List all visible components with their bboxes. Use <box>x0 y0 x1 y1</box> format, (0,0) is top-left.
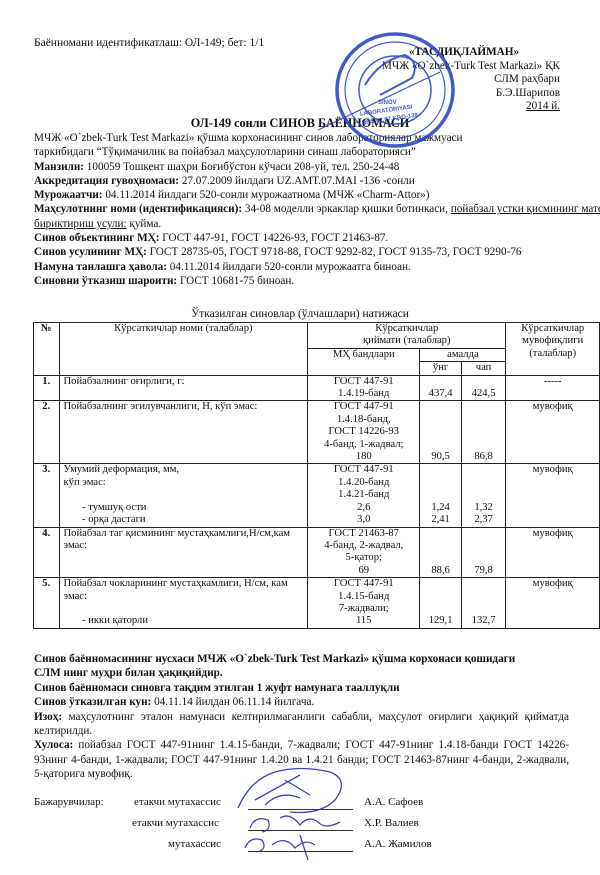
signature-line-2 <box>248 830 353 831</box>
indicator-name-text: Пойабзал таг қисмининг мустаҳкамлиги,Н/с… <box>64 528 290 551</box>
sampling-label: Намуна танлашга ҳавола: <box>34 261 167 273</box>
sub-standard-value: 3,0 <box>357 514 370 525</box>
notes-section: Синов баённомасининг нусхаси МЧЖ «O`zbek… <box>34 652 569 782</box>
standard-line: 1.4.15-банд <box>338 591 389 602</box>
header-left: чап <box>461 362 506 375</box>
indicator-name-text-2: кўп эмас: <box>64 477 106 488</box>
approval-heading: «ТАСДИҚЛАЙМАН» <box>330 46 560 60</box>
organization-line-2: таркибидаги “Тўқимачилик ва пойабзал маҳ… <box>34 145 569 159</box>
copy-validity-line-1: Синов баённомасининг нусхаси МЧЖ «O`zbek… <box>34 652 569 666</box>
standard-clauses: ГОСТ 447-911.4.18-банд,ГОСТ 14226-934-ба… <box>308 401 420 464</box>
method-std-label: Синов усулининг МҲ: <box>34 246 147 258</box>
approval-year: 2014 й. <box>330 100 560 114</box>
standard-line: 5-қатор; <box>346 552 382 563</box>
standard-line: ГОСТ 447-91 <box>334 401 394 412</box>
actual-right: 90,5 <box>420 401 461 464</box>
standard-line: 180 <box>356 451 372 462</box>
table-row: 3.Умумий деформация, мм,кўп эмас: - тумш… <box>34 464 600 527</box>
actual-left: 132,7 <box>461 578 506 629</box>
header-actual: амалда <box>420 348 506 361</box>
standard-line: ГОСТ 447-91 <box>334 376 394 387</box>
indicator-name-text: Пойабзалнинг эгилувчанлиги, Н, кўп эмас: <box>64 401 258 412</box>
signer-2-name: Х.Р. Валиев <box>364 817 419 829</box>
conclusion: Хулоса: пойабзал ГОСТ 447-91нинг 1.4.15-… <box>34 738 569 781</box>
standard-line: 1.4.19-банд <box>338 388 389 399</box>
standard-clauses: ГОСТ 447-911.4.19-банд <box>308 375 420 401</box>
upper-material-label: пойабзал устки қисмининг материали: <box>451 203 600 215</box>
signer-2-role: етакчи мутахассис <box>132 817 219 829</box>
standard-clauses: ГОСТ 447-911.4.15-банд7-жадвали;115 <box>308 578 420 629</box>
row-number: 4. <box>34 527 60 578</box>
indicator-name-text: Умумий деформация, мм, <box>64 464 180 475</box>
table-row: 4.Пойабзал таг қисмининг мустаҳкамлиги,Н… <box>34 527 600 578</box>
product-label: Маҳсулотнинг номи (идентификацияси): <box>34 203 242 215</box>
address-value: 100059 Тошкент шаҳри Боғибўстон кўчаси 2… <box>84 161 399 173</box>
object-std-label: Синов объектининг МҲ: <box>34 232 160 244</box>
conclusion-value: пойабзал ГОСТ 447-91нинг 1.4.15-банди, 7… <box>34 739 569 780</box>
applicant-value: 04.11.2014 йилдаги 520-сонли мурожаатном… <box>103 189 430 201</box>
sample-scope: Синов баённомаси синовга тақдим этилган … <box>34 681 569 695</box>
organization-line-1: МЧЖ «O`zbek-Turk Test Markazi» қўшма кор… <box>34 131 569 145</box>
actual-left: 86,8 <box>461 401 506 464</box>
header-conformity: Кўрсаткичлар мувофиқлиги (талаблар) <box>506 323 600 376</box>
standard-line: 1.4.18-банд, <box>337 414 391 425</box>
actual-right: 437,4 <box>420 375 461 401</box>
joining-method: бириктириш усули: қуйма. <box>34 217 569 231</box>
indicator-name: Пойабзал таг қисмининг мустаҳкамлиги,Н/с… <box>59 527 308 578</box>
signature-line-3 <box>248 851 353 852</box>
signer-1-name: А.А. Сафоев <box>364 796 423 808</box>
results-table-body: 1.Пойабзалнинг оғирлиги, г:ГОСТ 447-911.… <box>34 375 600 628</box>
conditions-value: ГОСТ 10681-75 биноан. <box>177 275 294 287</box>
accreditation-value: 27.07.2009 йилдаги UZ.AMT.07.MAI -136 -с… <box>179 175 415 187</box>
approval-person: Б.Э.Шарипов <box>330 87 560 101</box>
sub-indicator: - тумшуқ ости <box>64 502 147 513</box>
indicator-name: Пойабзалнинг эгилувчанлиги, Н, кўп эмас: <box>59 401 308 464</box>
conformity: мувофиқ <box>506 578 600 629</box>
document-title: ОЛ-149 сонли СИНОВ БАЁННОМАСИ <box>0 116 600 131</box>
conformity: ----- <box>506 375 600 401</box>
signer-3-name: А.А. Жамилов <box>364 838 432 850</box>
test-dates-label: Синов ўтказилган кун: <box>34 696 151 708</box>
remark: Изоҳ: маҳсулотнинг эталон намунаси келти… <box>34 710 569 739</box>
results-table-title: Ўтказилган синовлар (ўлчашлари) натижаси <box>0 308 600 320</box>
standard-line: 1.4.20-банд <box>338 477 389 488</box>
indicator-name-text: Пойабзал чокларининг мустаҳкамлиги, Н/см… <box>64 578 288 601</box>
header-right: ўнг <box>420 362 461 375</box>
header-number: № <box>34 323 60 376</box>
sampling-reference: Намуна танлашга ҳавола: 04.11.2014 йилда… <box>34 260 569 274</box>
joining-label: бириктириш усули: <box>34 218 127 230</box>
conformity: мувофиқ <box>506 464 600 527</box>
header-indicator-name: Кўрсаткичлар номи (талаблар) <box>59 323 308 376</box>
table-row: 2.Пойабзалнинг эгилувчанлиги, Н, кўп эма… <box>34 401 600 464</box>
approval-organization: МЧЖ «O`zbek-Turk Test Markazi» ҚК <box>330 60 560 74</box>
applicant-label: Мурожаатчи: <box>34 189 103 201</box>
standard-line: ГОСТ 447-91 <box>334 464 394 475</box>
table-row: 5.Пойабзал чокларининг мустаҳкамлиги, Н/… <box>34 578 600 629</box>
test-dates: Синов ўтказилган кун: 04.11.14 йилдан 06… <box>34 695 569 709</box>
row-number: 3. <box>34 464 60 527</box>
row-number: 2. <box>34 401 60 464</box>
approval-position: СЛМ раҳбари <box>330 73 560 87</box>
address-label: Манзили: <box>34 161 84 173</box>
product-value: 34-08 моделли эркаклар қишки ботинкаси, <box>242 203 451 215</box>
remark-value: маҳсулотнинг эталон намунаси келтирилмаг… <box>34 711 569 737</box>
product: Маҳсулотнинг номи (идентификацияси): 34-… <box>34 202 569 216</box>
performers-label: Бажарувчилар: <box>34 796 104 808</box>
indicator-name: Пойабзал чокларининг мустаҳкамлиги, Н/см… <box>59 578 308 629</box>
signer-3-role: мутахассис <box>168 838 221 850</box>
standard-clauses: ГОСТ 21463-874-банд, 2-жадвал,5-қатор;69 <box>308 527 420 578</box>
standard-line: ГОСТ 21463-87 <box>329 528 399 539</box>
remark-label: Изоҳ: <box>34 711 62 723</box>
indicator-name-text: Пойабзалнинг оғирлиги, г: <box>64 376 185 387</box>
object-standards: Синов объектининг МҲ: ГОСТ 447-91, ГОСТ … <box>34 231 569 245</box>
document-identification: Баённомани идентификатлаш: ОЛ-149; бет: … <box>34 37 264 49</box>
sub-right-value: 2,41 <box>431 514 450 525</box>
table-row: 1.Пойабзалнинг оғирлиги, г:ГОСТ 447-911.… <box>34 375 600 401</box>
copy-validity-line-2: СЛМ нинг муҳри билан ҳақиқийдир. <box>34 666 569 680</box>
sub-indicator: - орқа дастаги <box>64 514 146 525</box>
signature-line-1 <box>248 809 353 810</box>
method-standards: Синов усулининг МҲ: ГОСТ 28735-05, ГОСТ … <box>34 245 569 259</box>
test-conditions: Синовни ўтказиш шароити: ГОСТ 10681-75 б… <box>34 274 569 288</box>
actual-left: 79,8 <box>461 527 506 578</box>
standard-line: 69 <box>358 565 369 576</box>
handwritten-signatures <box>238 769 341 861</box>
standard-line: 4-банд, 2-жадвал, <box>324 540 403 551</box>
conformity: мувофиқ <box>506 527 600 578</box>
row-number: 5. <box>34 578 60 629</box>
object-std-value: ГОСТ 447-91, ГОСТ 14226-93, ГОСТ 21463-8… <box>160 232 389 244</box>
standard-line: 7-жадвали; <box>339 603 389 614</box>
conditions-label: Синовни ўтказиш шароити: <box>34 275 177 287</box>
standard-line: 1.4.21-банд <box>338 489 389 500</box>
standard-line: ГОСТ 447-91 <box>334 578 394 589</box>
sub-standard-value: 2,6 <box>357 502 370 513</box>
actual-right: 1,242,41 <box>420 464 461 527</box>
actual-right: 88,6 <box>420 527 461 578</box>
sampling-value: 04.11.2014 йилдаги 520-сонли мурожаатга … <box>167 261 411 273</box>
sub-indicator: - икки қаторли <box>64 615 148 626</box>
standard-clauses: ГОСТ 447-911.4.20-банд1.4.21-банд2,63,0 <box>308 464 420 527</box>
standard-line: 115 <box>356 615 372 626</box>
signature-3 <box>245 835 315 860</box>
actual-right: 129,1 <box>420 578 461 629</box>
info-section: МЧЖ «O`zbek-Turk Test Markazi» қўшма кор… <box>34 131 569 288</box>
results-table: № Кўрсаткичлар номи (талаблар) Кўрсаткич… <box>33 322 600 629</box>
accreditation-label: Аккредитация гувоҳномаси: <box>34 175 179 187</box>
standard-line: 4-банд, 1-жадвал; <box>324 439 403 450</box>
conformity: мувофиқ <box>506 401 600 464</box>
approval-block: «ТАСДИҚЛАЙМАН» МЧЖ «O`zbek-Turk Test Mar… <box>330 46 560 114</box>
accreditation: Аккредитация гувоҳномаси: 27.07.2009 йил… <box>34 174 569 188</box>
standard-line: ГОСТ 14226-93 <box>329 426 399 437</box>
address: Манзили: 100059 Тошкент шаҳри Боғибўстон… <box>34 160 569 174</box>
actual-left: 1,322,37 <box>461 464 506 527</box>
actual-left: 424,5 <box>461 375 506 401</box>
applicant: Мурожаатчи: 04.11.2014 йилдаги 520-сонли… <box>34 188 569 202</box>
test-dates-value: 04.11.14 йилдан 06.11.14 йилгача. <box>151 696 314 708</box>
joining-value: қуйма. <box>127 218 162 230</box>
signer-1-role: етакчи мутахассис <box>134 796 221 808</box>
conclusion-label: Хулоса: <box>34 739 73 751</box>
indicator-name: Пойабзалнинг оғирлиги, г: <box>59 375 308 401</box>
row-number: 1. <box>34 375 60 401</box>
sub-left-value: 1,32 <box>474 502 493 513</box>
header-standard-clauses: МҲ бандлари <box>308 348 420 375</box>
method-std-value: ГОСТ 28735-05, ГОСТ 9718-88, ГОСТ 9292-8… <box>147 246 522 258</box>
sub-right-value: 1,24 <box>431 502 450 513</box>
indicator-name: Умумий деформация, мм,кўп эмас: - тумшуқ… <box>59 464 308 527</box>
header-indicator-value: Кўрсаткичлар қиймати (талаблар) <box>308 323 506 349</box>
sub-left-value: 2,37 <box>474 514 493 525</box>
